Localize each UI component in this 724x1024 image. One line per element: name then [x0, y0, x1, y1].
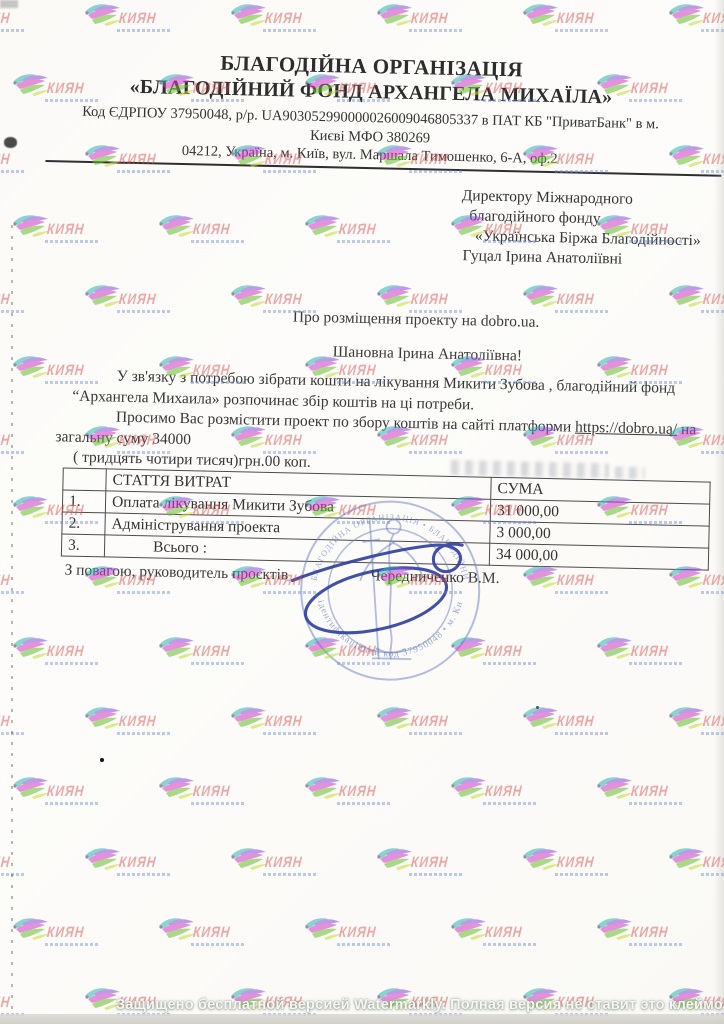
- row-number: 2.: [62, 512, 105, 535]
- signatory-name: Чередниченко В.М.: [370, 567, 499, 588]
- watermark-label: КИЯН: [0, 290, 11, 308]
- dobro-ua-link: https://dobro.ua/: [575, 419, 677, 438]
- watermark-label: КИЯН: [0, 150, 11, 168]
- closing-line: З повагою, руководитель проєктів: [64, 562, 288, 585]
- document-content: БЛАГОДІЙНА ОРГАНІЗАЦІЯ «БЛАГОДІЙНИЙ ФОНД…: [3, 0, 721, 1023]
- ink-blob-artifact: [4, 137, 17, 148]
- letter-body: У зв'язку з потребою зібрати кошти на лі…: [55, 365, 709, 482]
- corner-artifact: [0, 0, 18, 8]
- watermarkly-banner: Защищено бесплатной версией Watermarkly.…: [116, 997, 723, 1013]
- body-text: на: [677, 421, 696, 438]
- watermark-subtext: [701, 873, 724, 876]
- watermark-label: КИЯН: [0, 431, 11, 449]
- header-cell-number: [63, 468, 106, 491]
- bleed-through-text: [615, 467, 645, 480]
- recipient-block: Директору Міжнародного благодійного фонд…: [460, 186, 701, 271]
- watermark-label: КИЯН: [702, 853, 724, 871]
- subject-line: Про розміщення проекту на dobro.ua.: [18, 302, 714, 335]
- salutation: Шановна Ірина Анатоліївна!: [17, 336, 713, 369]
- scanned-document-page: БЛАГОДІЙНА ОРГАНІЗАЦІЯ «БЛАГОДІЙНИЙ ФОНД…: [0, 0, 724, 1024]
- row-number: 3.: [61, 534, 104, 557]
- row-number: 1.: [62, 490, 105, 513]
- scan-bottom-edge: [0, 1014, 724, 1024]
- expenses-table: СТАТТЯ ВИТРАТ СУМА 1. Оплата лікування М…: [61, 467, 711, 570]
- watermark-label: КИЯН: [0, 9, 11, 27]
- expense-amount: 34 000,00: [489, 543, 708, 570]
- watermark-subtext: [0, 29, 26, 32]
- watermark-label: КИЯН: [0, 572, 11, 590]
